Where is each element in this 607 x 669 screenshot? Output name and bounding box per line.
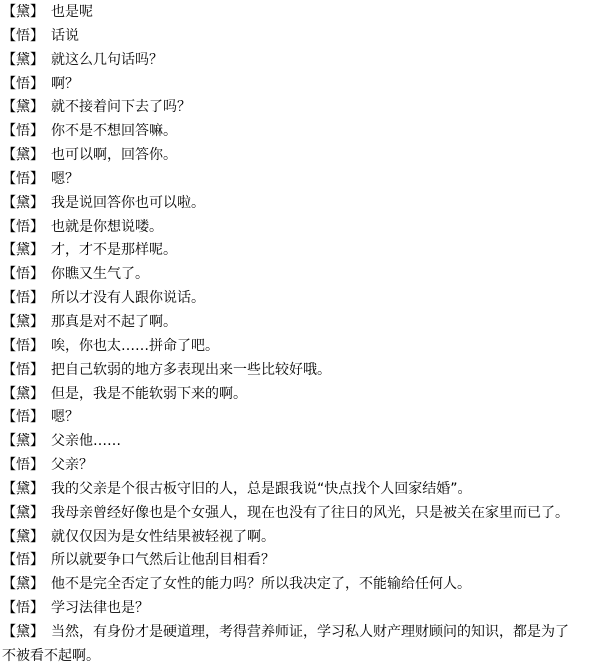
speaker-label: 【悟】 [2, 76, 51, 92]
transcript-line: 【黛】也可以啊，回答你。 [2, 144, 580, 168]
speaker-label: 【悟】 [2, 457, 51, 473]
transcript-line: 【黛】我母亲曾经好像也是个女强人，现在也没有了往日的风光，只是被关在家里而已了。 [2, 502, 580, 526]
speaker-label: 【黛】 [2, 386, 51, 402]
dialogue-text: 就仅仅因为是女性结果被轻视了啊。 [51, 529, 275, 545]
dialogue-text: 那真是对不起了啊。 [51, 314, 177, 330]
dialogue-text: 父亲他…… [51, 433, 121, 449]
dialogue-text: 父亲？ [51, 457, 93, 473]
dialogue-text: 你瞧又生气了。 [51, 266, 149, 282]
transcript-line: 【黛】就不接着问下去了吗？ [2, 96, 580, 120]
speaker-label: 【黛】 [2, 505, 51, 521]
speaker-label: 【黛】 [2, 147, 51, 163]
dialogue-text: 所以就要争口气然后让他刮目相看？ [51, 552, 275, 568]
transcript-line: 【黛】才，才不是那样呢。 [2, 239, 580, 263]
dialogue-text: 啊？ [51, 76, 79, 92]
transcript-line: 【悟】你瞧又生气了。 [2, 263, 580, 287]
transcript-line: 【悟】嗯？ [2, 168, 580, 192]
speaker-label: 【黛】 [2, 433, 51, 449]
dialogue-text: 也就是你想说喽。 [51, 219, 163, 235]
dialogue-text: 我的父亲是个很古板守旧的人，总是跟我说“快点找个人回家结婚”。 [51, 481, 472, 497]
dialogue-text: 才，才不是那样呢。 [51, 242, 177, 258]
speaker-label: 【悟】 [2, 362, 51, 378]
transcript-line: 【黛】就这么几句话吗？ [2, 49, 580, 73]
transcript-line: 【悟】所以才没有人跟你说话。 [2, 287, 580, 311]
transcript-line: 【悟】话说 [2, 25, 580, 49]
dialogue-text: 你不是不想回答嘛。 [51, 123, 177, 139]
transcript-line: 【悟】也就是你想说喽。 [2, 216, 580, 240]
dialogue-text: 学习法律也是？ [51, 600, 149, 616]
transcript-line: 【黛】我的父亲是个很古板守旧的人，总是跟我说“快点找个人回家结婚”。 [2, 478, 580, 502]
speaker-label: 【黛】 [2, 481, 51, 497]
transcript-line: 【黛】父亲他…… [2, 430, 580, 454]
transcript-line: 【悟】把自己软弱的地方多表现出来一些比较好哦。 [2, 359, 580, 383]
speaker-label: 【悟】 [2, 338, 51, 354]
speaker-label: 【悟】 [2, 28, 51, 44]
transcript-line: 【悟】父亲？ [2, 454, 580, 478]
transcript-line: 【黛】但是，我是不能软弱下来的啊。 [2, 383, 580, 407]
dialogue-text: 他不是完全否定了女性的能力吗？所以我决定了，不能输给任何人。 [51, 576, 471, 592]
dialogue-text: 当然，有身份才是硬道理，考得营养师证，学习私人财产理财顾问的知识，都是为了不被看… [2, 624, 569, 664]
transcript-line: 【黛】我是说回答你也可以啦。 [2, 192, 580, 216]
speaker-label: 【黛】 [2, 314, 51, 330]
speaker-label: 【悟】 [2, 171, 51, 187]
transcript-line: 【黛】也是呢 [2, 1, 580, 25]
speaker-label: 【悟】 [2, 219, 51, 235]
dialogue-text: 把自己软弱的地方多表现出来一些比较好哦。 [51, 362, 331, 378]
speaker-label: 【悟】 [2, 266, 51, 282]
transcript-line: 【黛】他不是完全否定了女性的能力吗？所以我决定了，不能输给任何人。 [2, 573, 580, 597]
dialogue-text: 唉，你也太……拼命了吧。 [51, 338, 219, 354]
speaker-label: 【悟】 [2, 600, 51, 616]
speaker-label: 【黛】 [2, 4, 51, 20]
speaker-label: 【黛】 [2, 195, 51, 211]
speaker-label: 【悟】 [2, 552, 51, 568]
speaker-label: 【黛】 [2, 529, 51, 545]
dialogue-text: 嗯？ [51, 409, 79, 425]
speaker-label: 【黛】 [2, 624, 51, 640]
speaker-label: 【悟】 [2, 409, 51, 425]
dialogue-text: 我母亲曾经好像也是个女强人，现在也没有了往日的风光，只是被关在家里而已了。 [51, 505, 569, 521]
dialogue-text: 就这么几句话吗？ [51, 52, 163, 68]
speaker-label: 【悟】 [2, 290, 51, 306]
speaker-label: 【黛】 [2, 52, 51, 68]
dialogue-text: 话说 [51, 28, 79, 44]
transcript-line: 【黛】当然，有身份才是硬道理，考得营养师证，学习私人财产理财顾问的知识，都是为了… [2, 621, 580, 669]
dialogue-text: 我是说回答你也可以啦。 [51, 195, 205, 211]
speaker-label: 【黛】 [2, 242, 51, 258]
transcript-line: 【悟】你不是不想回答嘛。 [2, 120, 580, 144]
transcript-line: 【悟】嗯？ [2, 406, 580, 430]
transcript-line: 【悟】唉，你也太……拼命了吧。 [2, 335, 580, 359]
transcript-line: 【悟】学习法律也是？ [2, 597, 580, 621]
dialogue-transcript: 【黛】也是呢 【悟】话说 【黛】就这么几句话吗？ 【悟】啊？ 【黛】就不接着问下… [2, 1, 580, 669]
transcript-line: 【黛】就仅仅因为是女性结果被轻视了啊。 [2, 526, 580, 550]
dialogue-text: 也可以啊，回答你。 [51, 147, 177, 163]
transcript-line: 【悟】啊？ [2, 73, 580, 97]
speaker-label: 【黛】 [2, 576, 51, 592]
speaker-label: 【黛】 [2, 99, 51, 115]
transcript-line: 【悟】所以就要争口气然后让他刮目相看？ [2, 549, 580, 573]
dialogue-text: 也是呢 [51, 4, 93, 20]
dialogue-text: 就不接着问下去了吗？ [51, 99, 191, 115]
dialogue-text: 所以才没有人跟你说话。 [51, 290, 205, 306]
speaker-label: 【悟】 [2, 123, 51, 139]
dialogue-text: 但是，我是不能软弱下来的啊。 [51, 386, 247, 402]
transcript-page: 【黛】也是呢 【悟】话说 【黛】就这么几句话吗？ 【悟】啊？ 【黛】就不接着问下… [0, 0, 607, 669]
dialogue-text: 嗯？ [51, 171, 79, 187]
transcript-line: 【黛】那真是对不起了啊。 [2, 311, 580, 335]
